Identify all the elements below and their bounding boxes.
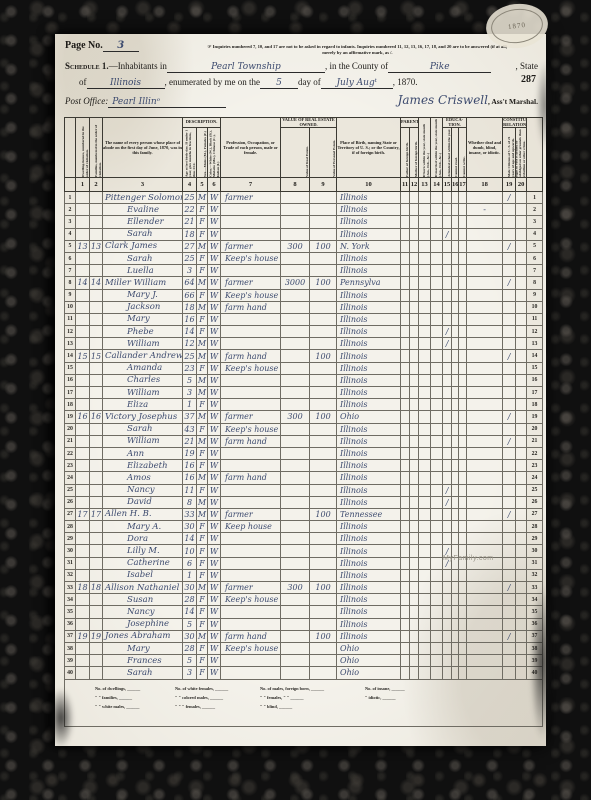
cell-mother-foreign [410, 228, 419, 240]
cell-married-month [431, 435, 443, 447]
cell-male-citizen [503, 594, 516, 606]
cell-cannot-write [459, 350, 467, 362]
cell-age: 5 [183, 374, 197, 386]
cell-cannot-write [459, 472, 467, 484]
cell-mother-foreign [410, 545, 419, 557]
inhabitants-label: —Inhabitants in [109, 61, 167, 71]
cell-cannot-read [452, 594, 459, 606]
cell-line-number-left: 17 [65, 387, 76, 399]
cell-personal-estate [310, 667, 337, 679]
cell-dwelling-number [76, 423, 90, 435]
cell-cannot-write [459, 252, 467, 264]
census-row: 27 17 17 Allen H. B. 33 M W farmer 100 T… [65, 508, 543, 520]
cell-male-citizen [503, 447, 516, 459]
cell-line-number-left: 25 [65, 484, 76, 496]
cell-male-citizen [503, 423, 516, 435]
cell-color: W [208, 508, 221, 520]
cell-cannot-read [452, 374, 459, 386]
cell-father-foreign [401, 557, 410, 569]
cell-line-number-left: 16 [65, 374, 76, 386]
cell-line-number-left: 27 [65, 508, 76, 520]
cell-married-month [431, 204, 443, 216]
column-number: 14 [431, 178, 443, 192]
cell-born-month [419, 618, 431, 630]
cell-family-number: 18 [90, 582, 103, 594]
cell-married-month [431, 655, 443, 667]
cell-line-number-right: 15 [527, 362, 543, 374]
cell-vote-denied [516, 423, 527, 435]
cell-male-citizen [503, 521, 516, 533]
cell-occupation: Keep's house [221, 289, 281, 301]
cell-birthplace: Ohio [337, 642, 401, 654]
cell-line-number-right: 35 [527, 606, 543, 618]
cell-line-number-right: 26 [527, 496, 543, 508]
cell-personal-estate: 100 [310, 411, 337, 423]
cell-born-month [419, 240, 431, 252]
cell-color: W [208, 447, 221, 459]
marshal-signature: James Criswell [398, 93, 488, 107]
cell-family-number [90, 216, 103, 228]
cell-color: W [208, 630, 221, 642]
state-word: , State [516, 61, 539, 71]
cell-dwelling-number: 14 [76, 277, 90, 289]
cell-born-month [419, 582, 431, 594]
cell-line-number-right: 39 [527, 655, 543, 667]
cell-vote-denied [516, 472, 527, 484]
cell-line-number-left: 11 [65, 313, 76, 325]
cell-born-month [419, 374, 431, 386]
cell-personal-estate [310, 387, 337, 399]
table-header: Dwelling-houses, numbered in the order o… [65, 118, 543, 192]
cell-sex: F [197, 447, 208, 459]
cell-age: 14 [183, 533, 197, 545]
cell-real-estate [281, 387, 310, 399]
cell-father-foreign [401, 447, 410, 459]
cell-line-number-left: 38 [65, 642, 76, 654]
census-row: 5 13 13 Clark James 27 M W farmer 300 10… [65, 240, 543, 252]
cell-disability [467, 642, 503, 654]
cell-age: 21 [183, 435, 197, 447]
cell-attended-school [443, 655, 452, 667]
cell-family-number [90, 557, 103, 569]
census-row: 11 Mary 16 F W Illinois 11 [65, 313, 543, 325]
cell-born-month [419, 594, 431, 606]
cell-family-number [90, 618, 103, 630]
cell-married-month [431, 447, 443, 459]
cell-occupation: Keep's house [221, 252, 281, 264]
cell-disability [467, 277, 503, 289]
cell-family-number [90, 460, 103, 472]
cell-line-number-right: 37 [527, 630, 543, 642]
cell-line-number-right: 10 [527, 301, 543, 313]
census-row: 7 Luella 3 F W Illinois 7 [65, 265, 543, 277]
cell-vote-denied [516, 301, 527, 313]
cell-male-citizen [503, 204, 516, 216]
cell-age: 66 [183, 289, 197, 301]
cell-cannot-write [459, 533, 467, 545]
cell-line-number-left: 18 [65, 399, 76, 411]
cell-disability [467, 496, 503, 508]
cell-attended-school [443, 618, 452, 630]
cell-dwelling-number: 17 [76, 508, 90, 520]
day-of-label: day of [298, 77, 321, 87]
col-personal-estate-header: Value of Personal Estate. [310, 128, 337, 178]
cell-dwelling-number [76, 362, 90, 374]
cell-vote-denied [516, 484, 527, 496]
cell-personal-estate [310, 252, 337, 264]
col-dwellings-header: Dwelling-houses, numbered in the order o… [76, 118, 90, 178]
cell-dwelling-number [76, 569, 90, 581]
cell-real-estate [281, 301, 310, 313]
cell-age: 28 [183, 594, 197, 606]
cell-sex: F [197, 594, 208, 606]
census-row: 18 Eliza 1 F W Illinois 18 [65, 399, 543, 411]
census-row: 33 18 18 Allison Nathaniel 30 M W farmer… [65, 582, 543, 594]
cell-vote-denied [516, 594, 527, 606]
cell-cannot-write [459, 508, 467, 520]
cell-married-month [431, 252, 443, 264]
cell-family-number [90, 472, 103, 484]
cell-birthplace: Illinois [337, 594, 401, 606]
cell-male-citizen: / [503, 277, 516, 289]
cell-color: W [208, 642, 221, 654]
cell-real-estate [281, 399, 310, 411]
cell-cannot-read [452, 569, 459, 581]
column-number: 5 [197, 178, 208, 192]
cell-age: 18 [183, 301, 197, 313]
cell-male-citizen [503, 387, 516, 399]
enumeration-line: of Illinois , enumerated by me on the 5 … [79, 77, 538, 89]
cell-male-citizen [503, 557, 516, 569]
cell-real-estate [281, 374, 310, 386]
cell-cannot-write [459, 618, 467, 630]
census-row: 20 Sarah 43 F W Keep's house Illinois 20 [65, 423, 543, 435]
cell-occupation [221, 387, 281, 399]
cell-color: W [208, 582, 221, 594]
cell-cannot-write [459, 387, 467, 399]
cell-birthplace: Illinois [337, 630, 401, 642]
column-number: 7 [221, 178, 281, 192]
cell-line-number-right: 7 [527, 265, 543, 277]
year-label: , 1870. [393, 77, 418, 87]
cell-family-number [90, 667, 103, 679]
cell-family-number [90, 289, 103, 301]
cell-cannot-read [452, 240, 459, 252]
cell-sex: F [197, 460, 208, 472]
cell-attended-school [443, 594, 452, 606]
cell-line-number-right: 13 [527, 338, 543, 350]
census-row: 3 Ellender 21 F W Illinois 3 [65, 216, 543, 228]
cell-name: Clark James [103, 240, 183, 252]
cell-mother-foreign [410, 216, 419, 228]
cell-born-month [419, 411, 431, 423]
cell-occupation: Keep's house [221, 362, 281, 374]
cell-birthplace: Illinois [337, 265, 401, 277]
cell-dwelling-number [76, 447, 90, 459]
cell-name: Nancy [103, 606, 183, 618]
cell-color: W [208, 594, 221, 606]
cell-occupation [221, 338, 281, 350]
cell-male-citizen: / [503, 411, 516, 423]
cell-born-month [419, 508, 431, 520]
cell-attended-school: / [443, 338, 452, 350]
cell-personal-estate [310, 521, 337, 533]
cell-color: W [208, 655, 221, 667]
cell-mother-foreign [410, 240, 419, 252]
cell-personal-estate: 100 [310, 277, 337, 289]
cell-name: Phebe [103, 326, 183, 338]
cell-personal-estate [310, 484, 337, 496]
county-label: , in the County of [325, 61, 388, 71]
cell-dwelling-number [76, 594, 90, 606]
cell-line-number-left: 14 [65, 350, 76, 362]
cell-cannot-read [452, 508, 459, 520]
cell-family-number [90, 313, 103, 325]
census-row: 10 Jackson 18 M W farm hand Illinois 10 [65, 301, 543, 313]
cell-attended-school [443, 350, 452, 362]
cell-dwelling-number: 16 [76, 411, 90, 423]
cell-vote-denied [516, 521, 527, 533]
cell-disability [467, 435, 503, 447]
cell-personal-estate [310, 362, 337, 374]
cell-disability [467, 399, 503, 411]
cell-name: Allison Nathaniel [103, 582, 183, 594]
column-number: 6 [208, 178, 221, 192]
cell-real-estate [281, 313, 310, 325]
cell-vote-denied [516, 252, 527, 264]
cell-cannot-read [452, 533, 459, 545]
cell-married-month [431, 642, 443, 654]
cell-line-number-right: 36 [527, 618, 543, 630]
cell-male-citizen [503, 460, 516, 472]
page-no-label: Page No. [65, 40, 103, 51]
cell-attended-school [443, 387, 452, 399]
cell-name: Sarah [103, 423, 183, 435]
cell-birthplace: Illinois [337, 338, 401, 350]
cell-cannot-write [459, 338, 467, 350]
cell-married-month [431, 350, 443, 362]
cell-line-number-left: 36 [65, 618, 76, 630]
cell-family-number [90, 447, 103, 459]
cell-attended-school [443, 630, 452, 642]
cell-married-month [431, 557, 443, 569]
cell-real-estate [281, 557, 310, 569]
cell-mother-foreign [410, 667, 419, 679]
cell-disability [467, 289, 503, 301]
cell-name: Mary A. [103, 521, 183, 533]
cell-age: 23 [183, 362, 197, 374]
cell-age: 12 [183, 338, 197, 350]
cell-father-foreign [401, 192, 410, 204]
census-page: Page No. 3 ☞ Inquiries numbered 7, 10, a… [55, 34, 546, 746]
date-stamp-year: 1870 [508, 21, 527, 31]
cell-age: 25 [183, 350, 197, 362]
cell-vote-denied [516, 606, 527, 618]
cell-real-estate [281, 569, 310, 581]
cell-attended-school [443, 265, 452, 277]
cell-occupation [221, 655, 281, 667]
cell-attended-school [443, 582, 452, 594]
cell-dwelling-number [76, 289, 90, 301]
cell-color: W [208, 460, 221, 472]
cell-name: Miller William [103, 277, 183, 289]
cell-cannot-read [452, 338, 459, 350]
cell-line-number-right: 17 [527, 387, 543, 399]
cell-mother-foreign [410, 289, 419, 301]
cell-line-number-right: 22 [527, 447, 543, 459]
cell-born-month [419, 277, 431, 289]
cell-sex: F [197, 484, 208, 496]
cell-mother-foreign [410, 387, 419, 399]
cell-cannot-write [459, 326, 467, 338]
cell-personal-estate [310, 447, 337, 459]
footer-foreign-group: No. of males, foreign born, ______″ ″ fe… [260, 684, 324, 712]
cell-born-month [419, 387, 431, 399]
cell-married-month [431, 411, 443, 423]
cell-mother-foreign [410, 508, 419, 520]
cell-male-citizen [503, 496, 516, 508]
cell-birthplace: Illinois [337, 423, 401, 435]
cell-dwelling-number [76, 204, 90, 216]
cell-name: Luella [103, 265, 183, 277]
cell-married-month [431, 521, 443, 533]
cell-birthplace: Illinois [337, 557, 401, 569]
cell-cannot-write [459, 289, 467, 301]
cell-male-citizen [503, 313, 516, 325]
cell-vote-denied [516, 667, 527, 679]
cell-line-number-right: 21 [527, 435, 543, 447]
cell-line-number-left: 9 [65, 289, 76, 301]
cell-cannot-write [459, 374, 467, 386]
cell-occupation [221, 618, 281, 630]
cell-birthplace: Illinois [337, 399, 401, 411]
cell-father-foreign [401, 594, 410, 606]
cell-attended-school [443, 289, 452, 301]
cell-line-number-right: 38 [527, 642, 543, 654]
cell-mother-foreign [410, 350, 419, 362]
cell-male-citizen [503, 289, 516, 301]
census-row: 13 William 12 M W Illinois / 13 [65, 338, 543, 350]
cell-color: W [208, 545, 221, 557]
cell-dwelling-number [76, 216, 90, 228]
cell-mother-foreign [410, 265, 419, 277]
cell-married-month [431, 192, 443, 204]
cell-line-number-right: 16 [527, 374, 543, 386]
cell-cannot-read [452, 313, 459, 325]
cell-line-number-right: 8 [527, 277, 543, 289]
census-row: 23 Elizabeth 16 F W Illinois 23 [65, 460, 543, 472]
group-description: Description. [183, 118, 221, 128]
cell-family-number [90, 606, 103, 618]
cell-sex: M [197, 630, 208, 642]
col-families-header: Families, numbered in the order of visit… [90, 118, 103, 178]
cell-name: Amos [103, 472, 183, 484]
census-row: 37 19 19 Jones Abraham 30 M W farm hand … [65, 630, 543, 642]
cell-cannot-read [452, 667, 459, 679]
cell-dwelling-number [76, 606, 90, 618]
cell-mother-foreign [410, 569, 419, 581]
cell-disability [467, 216, 503, 228]
cell-name: Evaline [103, 204, 183, 216]
census-row: 17 William 3 M W Illinois 17 [65, 387, 543, 399]
census-row: 19 16 16 Victory Josephus 37 M W farmer … [65, 411, 543, 423]
cell-line-number-left: 10 [65, 301, 76, 313]
cell-married-month [431, 618, 443, 630]
cell-married-month [431, 545, 443, 557]
cell-occupation [221, 399, 281, 411]
cell-color: W [208, 667, 221, 679]
cell-line-number-right: 2 [527, 204, 543, 216]
cell-cannot-write [459, 204, 467, 216]
cell-vote-denied [516, 228, 527, 240]
cell-married-month [431, 301, 443, 313]
cell-birthplace: Illinois [337, 484, 401, 496]
cell-real-estate [281, 289, 310, 301]
cell-disability [467, 350, 503, 362]
cell-mother-foreign [410, 460, 419, 472]
cell-cannot-write [459, 667, 467, 679]
cell-male-citizen: / [503, 350, 516, 362]
cell-mother-foreign [410, 655, 419, 667]
cell-real-estate [281, 338, 310, 350]
cell-vote-denied [516, 338, 527, 350]
schedule-line: Schedule 1. —Inhabitants in Pearl Townsh… [65, 61, 538, 73]
cell-cannot-write [459, 192, 467, 204]
cell-line-number-left: 19 [65, 411, 76, 423]
cell-sex: F [197, 313, 208, 325]
cell-father-foreign [401, 655, 410, 667]
cell-color: W [208, 533, 221, 545]
cell-cannot-write [459, 630, 467, 642]
cell-line-number-right: 34 [527, 594, 543, 606]
census-row: 32 Isabel 1 F W Illinois 32 [65, 569, 543, 581]
cell-attended-school [443, 192, 452, 204]
column-number: 17 [459, 178, 467, 192]
cell-cannot-read [452, 521, 459, 533]
cell-birthplace: Illinois [337, 582, 401, 594]
cell-line-number-right: 9 [527, 289, 543, 301]
cell-attended-school [443, 667, 452, 679]
cell-birthplace: Illinois [337, 533, 401, 545]
cell-real-estate [281, 252, 310, 264]
cell-vote-denied [516, 435, 527, 447]
cell-age: 1 [183, 569, 197, 581]
census-row: 8 14 14 Miller William 64 M W farmer 300… [65, 277, 543, 289]
cell-birthplace: Ohio [337, 411, 401, 423]
cell-disability [467, 313, 503, 325]
cell-father-foreign [401, 496, 410, 508]
cell-line-number-left: 32 [65, 569, 76, 581]
cell-disability [467, 594, 503, 606]
footer-insane-group: No. of insane, ______″ idiotic, ______ [365, 684, 405, 703]
cell-real-estate [281, 460, 310, 472]
cell-color: W [208, 569, 221, 581]
cell-cannot-write [459, 313, 467, 325]
cell-cannot-write [459, 642, 467, 654]
cell-sex: M [197, 435, 208, 447]
cell-age: 30 [183, 630, 197, 642]
cell-disability [467, 533, 503, 545]
sheet-number: 287 [521, 74, 536, 85]
col-father-foreign-header: Father of foreign birth. [401, 128, 410, 178]
cell-birthplace: Illinois [337, 204, 401, 216]
cell-family-number [90, 521, 103, 533]
column-numbers-row: 1234567891011121314151617181920 [65, 178, 543, 192]
cell-vote-denied [516, 362, 527, 374]
cell-personal-estate: 100 [310, 582, 337, 594]
cell-color: W [208, 252, 221, 264]
column-number: 18 [467, 178, 503, 192]
